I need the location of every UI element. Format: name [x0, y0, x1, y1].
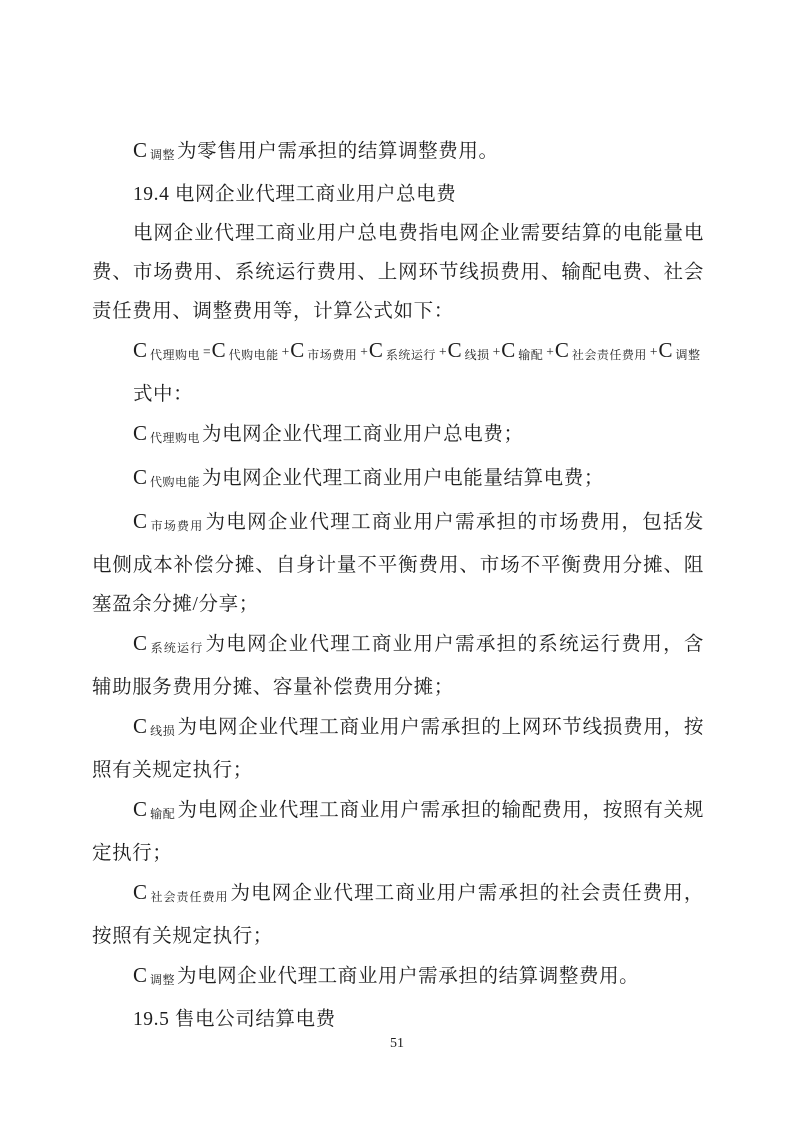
formula-variable: C代理购电: [133, 424, 202, 445]
paragraph: 电网企业代理工商业用户总电费指电网企业需要结算的电能量电费、市场费用、系统运行费…: [92, 214, 704, 331]
formula-operator: +: [360, 344, 368, 359]
paragraph: C线损为电网企业代理工商业用户需承担的上网环节线损费用，按照有关规定执行；: [92, 707, 704, 790]
formula-variable: C调整: [659, 341, 703, 362]
formula-variable: C市场费用: [133, 512, 206, 533]
variable-subscript: 市场费用: [307, 348, 357, 362]
formula-variable: C调整: [133, 966, 177, 987]
variable-base: C: [133, 138, 147, 162]
formula-variable: C线损: [133, 717, 178, 738]
section-heading: 19.4 电网企业代理工商业用户总电费: [92, 175, 704, 214]
variable-subscript: 调整: [150, 148, 175, 162]
formula-variable: C市场费用: [290, 341, 359, 362]
formula-variable: C线损: [448, 341, 492, 362]
variable-base: C: [133, 509, 147, 533]
variable-base: C: [290, 338, 304, 362]
formula-operator: +: [282, 344, 290, 359]
variable-base: C: [369, 338, 383, 362]
document-body: C调整为零售用户需承担的结算调整费用。19.4 电网企业代理工商业用户总电费电网…: [92, 131, 704, 1039]
paragraph: C系统运行为电网企业代理工商业用户需承担的系统运行费用，含辅助服务费用分摊、容量…: [92, 624, 704, 707]
text-run: 电网企业代理工商业用户总电费指电网企业需要结算的电能量电费、市场费用、系统运行费…: [92, 223, 704, 322]
formula-line: C代理购电=C代购电能+C市场费用+C系统运行+C线损+C输配+C社会责任费用+…: [92, 331, 704, 375]
variable-base: C: [133, 963, 147, 987]
variable-subscript: 输配: [518, 348, 543, 362]
section-heading: 19.5 售电公司结算电费: [92, 1000, 704, 1039]
formula-operator: +: [650, 344, 658, 359]
formula-variable: C代理购电: [133, 341, 202, 362]
text-run: 为电网企业代理工商业用户电能量结算电费；: [202, 468, 604, 489]
variable-subscript: 社会责任费用: [572, 348, 647, 362]
formula-variable: C社会责任费用: [555, 341, 649, 362]
variable-subscript: 社会责任费用: [150, 890, 229, 904]
variable-base: C: [501, 338, 515, 362]
text-run: 19.5 售电公司结算电费: [133, 1009, 336, 1030]
text-run: 为零售用户需承担的结算调整费用。: [177, 141, 499, 162]
text-run: 为电网企业代理工商业用户总电费；: [202, 424, 524, 445]
formula-variable: C输配: [501, 341, 545, 362]
formula-operator: +: [546, 344, 554, 359]
variable-base: C: [133, 465, 147, 489]
formula-variable: C调整: [133, 141, 177, 162]
formula-operator: +: [493, 344, 501, 359]
variable-subscript: 市场费用: [150, 519, 204, 533]
paragraph: C代理购电为电网企业代理工商业用户总电费；: [92, 414, 704, 458]
text-run: 为电网企业代理工商业用户需承担的结算调整费用。: [177, 966, 639, 987]
variable-base: C: [448, 338, 462, 362]
formula-operator: +: [439, 344, 447, 359]
variable-subscript: 线损: [150, 724, 175, 738]
paragraph: C调整为电网企业代理工商业用户需承担的结算调整费用。: [92, 956, 704, 1000]
formula-operator: =: [203, 344, 211, 359]
variable-subscript: 系统运行: [386, 348, 436, 362]
variable-subscript: 代理购电: [150, 348, 200, 362]
variable-base: C: [133, 631, 147, 655]
paragraph: 式中：: [92, 375, 704, 414]
text-run: 为电网企业代理工商业用户需承担的输配费用，按照有关规定执行；: [92, 800, 704, 864]
variable-subscript: 线损: [465, 348, 490, 362]
text-run: 为电网企业代理工商业用户需承担的上网环节线损费用，按照有关规定执行；: [92, 717, 704, 781]
formula-variable: C系统运行: [369, 341, 438, 362]
variable-subscript: 代购电能: [150, 475, 200, 489]
paragraph: C市场费用为电网企业代理工商业用户需承担的市场费用，包括发电侧成本补偿分摊、自身…: [92, 502, 704, 624]
formula-variable: C代购电能: [212, 341, 281, 362]
paragraph: C社会责任费用为电网企业代理工商业用户需承担的社会责任费用，按照有关规定执行；: [92, 873, 704, 956]
variable-subscript: 输配: [150, 807, 175, 821]
variable-base: C: [133, 421, 147, 445]
variable-subscript: 调整: [150, 973, 175, 987]
paragraph: C调整为零售用户需承担的结算调整费用。: [92, 131, 704, 175]
text-run: 式中：: [133, 384, 193, 405]
document-page: C调整为零售用户需承担的结算调整费用。19.4 电网企业代理工商业用户总电费电网…: [0, 0, 794, 1123]
variable-subscript: 系统运行: [150, 641, 204, 655]
variable-base: C: [133, 880, 147, 904]
paragraph: C代购电能为电网企业代理工商业用户电能量结算电费；: [92, 458, 704, 502]
variable-base: C: [133, 338, 147, 362]
paragraph: C输配为电网企业代理工商业用户需承担的输配费用，按照有关规定执行；: [92, 790, 704, 873]
variable-subscript: 调整: [676, 348, 701, 362]
formula-variable: C系统运行: [133, 634, 206, 655]
variable-base: C: [212, 338, 226, 362]
formula-variable: C代购电能: [133, 468, 202, 489]
formula-variable: C输配: [133, 800, 178, 821]
variable-base: C: [133, 797, 147, 821]
variable-base: C: [659, 338, 673, 362]
variable-base: C: [555, 338, 569, 362]
text-run: 19.4 电网企业代理工商业用户总电费: [133, 184, 456, 205]
variable-subscript: 代理购电: [150, 431, 200, 445]
variable-base: C: [133, 714, 147, 738]
variable-subscript: 代购电能: [229, 348, 279, 362]
formula-variable: C社会责任费用: [133, 883, 231, 904]
page-number: 51: [0, 1036, 794, 1052]
